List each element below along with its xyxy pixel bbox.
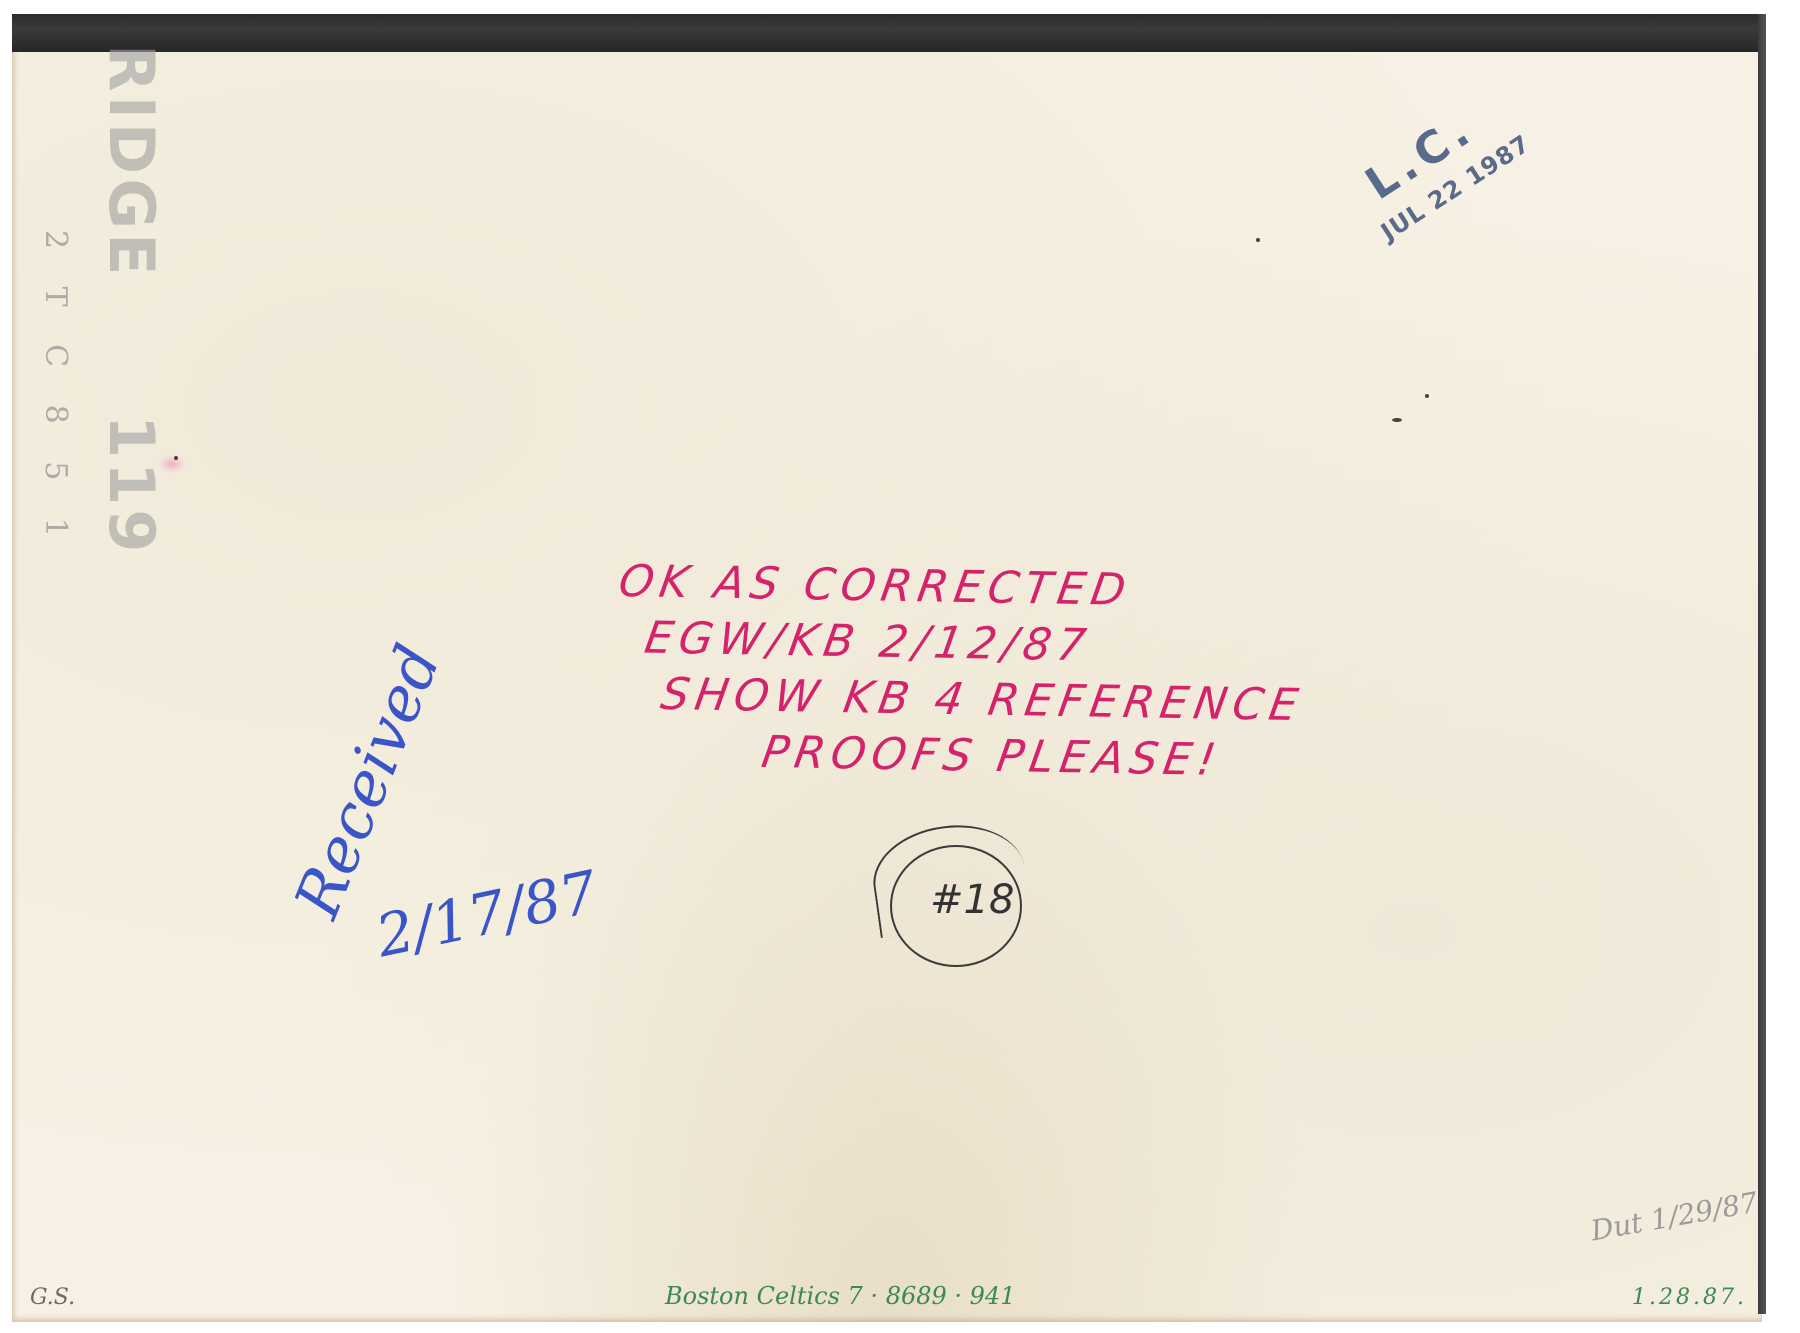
top-binding-tape: [12, 14, 1760, 52]
circled-number-text: #18: [930, 877, 1014, 923]
serial-stamp: 2 T C 8 5 1: [38, 230, 73, 551]
note-line-3: SHOW KB 4 REFERENCE: [657, 667, 1308, 734]
caption-bottom-center: Boston Celtics 7 · 8689 · 941: [665, 1282, 1015, 1310]
initials-bottom-left: G.S.: [30, 1285, 75, 1310]
note-line-4: PROOFS PLEASE!: [758, 725, 1299, 790]
ink-speck: [1256, 238, 1260, 242]
right-edge-shadow: [1758, 14, 1766, 1314]
date-bottom-right: 1.28.87.: [1632, 1285, 1747, 1310]
circled-number: #18: [890, 845, 1022, 967]
ridge-text: RIDGE: [95, 44, 168, 280]
ink-speck: [1392, 418, 1402, 422]
ink-speck: [174, 456, 178, 460]
ridge-number: 119: [100, 415, 162, 556]
pink-handwritten-note: OK AS CORRECTED EGW/KB 2/12/87 SHOW KB 4…: [588, 554, 1325, 790]
vertical-stamp-ridge: RIDGE 119: [100, 44, 162, 557]
pink-smudge: [158, 455, 186, 473]
ink-speck: [1425, 394, 1429, 398]
